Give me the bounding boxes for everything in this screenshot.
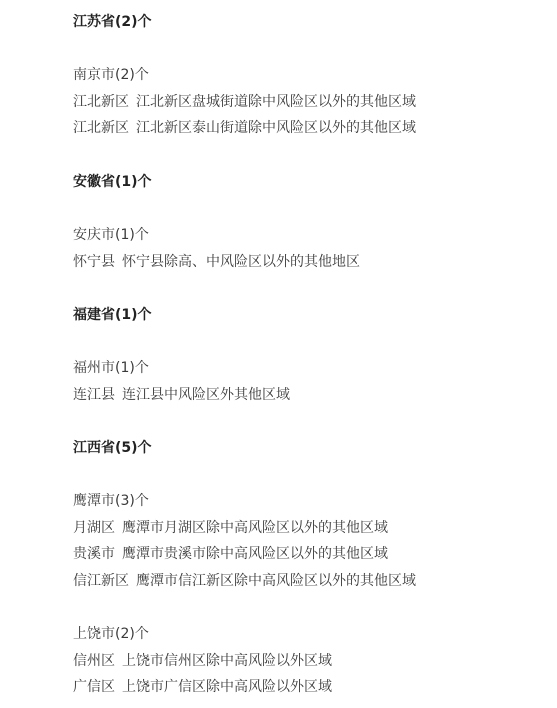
district-name: 信江新区 — [73, 571, 129, 591]
district-name: 信州区 — [73, 651, 115, 671]
area-row: 信江新区鹰潭市信江新区除中高风险区以外的其他区域 — [73, 571, 416, 591]
province-heading-jiangsu: 江苏省(2)个 — [73, 12, 152, 32]
area-description: 鹰潭市贵溪市除中高风险区以外的其他区域 — [122, 546, 388, 562]
district-name: 月湖区 — [73, 518, 115, 538]
area-description: 鹰潭市月湖区除中高风险区以外的其他区域 — [122, 520, 388, 536]
area-description: 上饶市广信区除中高风险以外区域 — [122, 679, 332, 695]
city-heading-yingtan: 鹰潭市(3)个 — [73, 491, 149, 511]
area-description: 怀宁县除高、中风险区以外的其他地区 — [122, 254, 360, 270]
district-name: 江北新区 — [73, 92, 129, 112]
city-heading-anqing: 安庆市(1)个 — [73, 225, 149, 245]
area-row: 月湖区鹰潭市月湖区除中高风险区以外的其他区域 — [73, 518, 388, 538]
area-row: 怀宁县怀宁县除高、中风险区以外的其他地区 — [73, 252, 360, 272]
city-heading-nanjing: 南京市(2)个 — [73, 65, 149, 85]
city-heading-shangrao: 上饶市(2)个 — [73, 624, 149, 644]
district-name: 贵溪市 — [73, 544, 115, 564]
district-name: 怀宁县 — [73, 252, 115, 272]
area-description: 江北新区泰山街道除中风险区以外的其他区域 — [136, 120, 416, 136]
district-name: 广信区 — [73, 677, 115, 697]
area-row: 江北新区江北新区盘城街道除中风险区以外的其他区域 — [73, 92, 416, 112]
area-row: 连江县连江县中风险区外其他区域 — [73, 385, 290, 405]
area-row: 贵溪市鹰潭市贵溪市除中高风险区以外的其他区域 — [73, 544, 388, 564]
district-name: 连江县 — [73, 385, 115, 405]
area-description: 鹰潭市信江新区除中高风险区以外的其他区域 — [136, 573, 416, 589]
province-heading-anhui: 安徽省(1)个 — [73, 172, 152, 192]
city-heading-fuzhou: 福州市(1)个 — [73, 358, 149, 378]
area-row: 江北新区江北新区泰山街道除中风险区以外的其他区域 — [73, 118, 416, 138]
district-name: 江北新区 — [73, 118, 129, 138]
province-heading-fujian: 福建省(1)个 — [73, 305, 152, 325]
province-heading-jiangxi: 江西省(5)个 — [73, 438, 152, 458]
area-description: 连江县中风险区外其他区域 — [122, 387, 290, 403]
area-description: 上饶市信州区除中高风险以外区域 — [122, 653, 332, 669]
area-row: 信州区上饶市信州区除中高风险以外区域 — [73, 651, 332, 671]
area-description: 江北新区盘城街道除中风险区以外的其他区域 — [136, 94, 416, 110]
area-row: 广信区上饶市广信区除中高风险以外区域 — [73, 677, 332, 697]
